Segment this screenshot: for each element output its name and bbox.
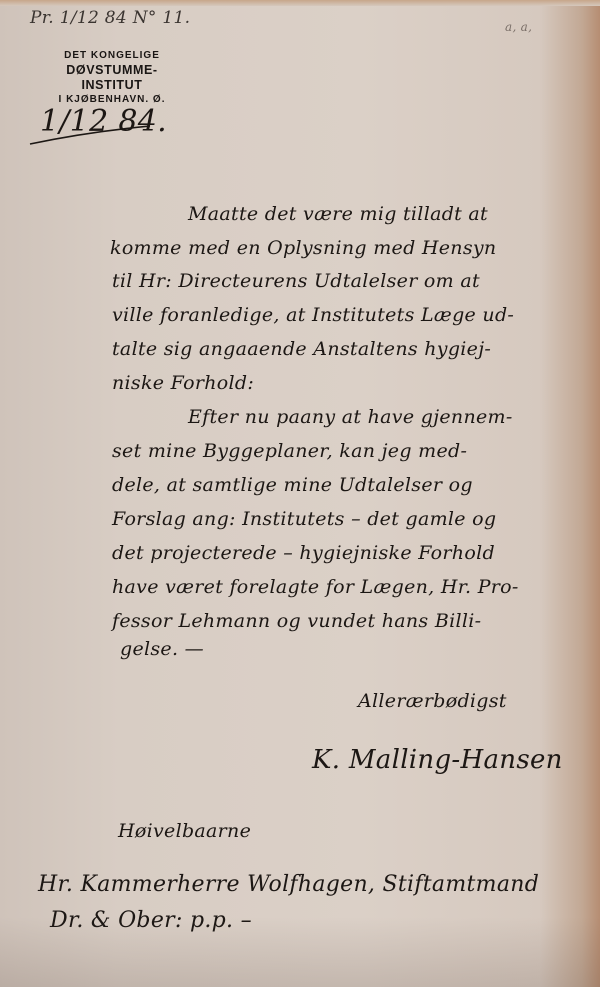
body-line: Forslag ang: Institutets – det gamle og xyxy=(112,508,496,530)
addressee-label: Høivelbaarne xyxy=(118,820,251,842)
body-line: Efter nu paany at have gjennem- xyxy=(188,406,513,428)
letterhead-line-1: DET KONGELIGE xyxy=(42,50,182,63)
paper-top-edge xyxy=(0,0,600,6)
body-line: set mine Byggeplaner, kan jeg med- xyxy=(112,440,467,462)
body-line: det projecterede – hygiejniske Forhold xyxy=(112,542,495,564)
paper-bottom-shade xyxy=(0,917,600,987)
body-line: Maatte det være mig tilladt at xyxy=(188,203,488,225)
letter-page: Pr. 1/12 84 N° 11. a, a, DET KONGELIGE D… xyxy=(0,0,600,987)
body-line: have været forelagte for Lægen, Hr. Pro- xyxy=(112,576,519,598)
letterhead-line-2: DØVSTUMME-INSTITUT xyxy=(42,63,182,94)
body-line: ville foranledige, at Institutets Læge u… xyxy=(112,304,514,326)
signature: K. Malling-Hansen xyxy=(312,745,563,775)
letterhead: DET KONGELIGE DØVSTUMME-INSTITUT I KJØBE… xyxy=(42,50,182,106)
body-line: dele, at samtlige mine Udtalelser og xyxy=(112,474,473,496)
body-line: fessor Lehmann og vundet hans Billi- xyxy=(112,610,481,632)
body-line: niske Forhold: xyxy=(112,372,254,394)
body-line: komme med en Oplysning med Hensyn xyxy=(110,237,496,259)
reference-note: Pr. 1/12 84 N° 11. xyxy=(30,8,190,28)
body-line: til Hr: Directeurens Udtalelser om at xyxy=(112,270,480,292)
closing-salutation: Allerærbødigst xyxy=(358,690,507,712)
body-line: talte sig angaaende Anstaltens hygiej- xyxy=(112,338,491,360)
date-underline-flourish xyxy=(28,124,153,146)
addressee-line: Hr. Kammerherre Wolfhagen, Stiftamtmand xyxy=(38,872,539,897)
body-line: gelse. — xyxy=(120,638,204,660)
corner-pencil-mark: a, a, xyxy=(505,20,532,34)
